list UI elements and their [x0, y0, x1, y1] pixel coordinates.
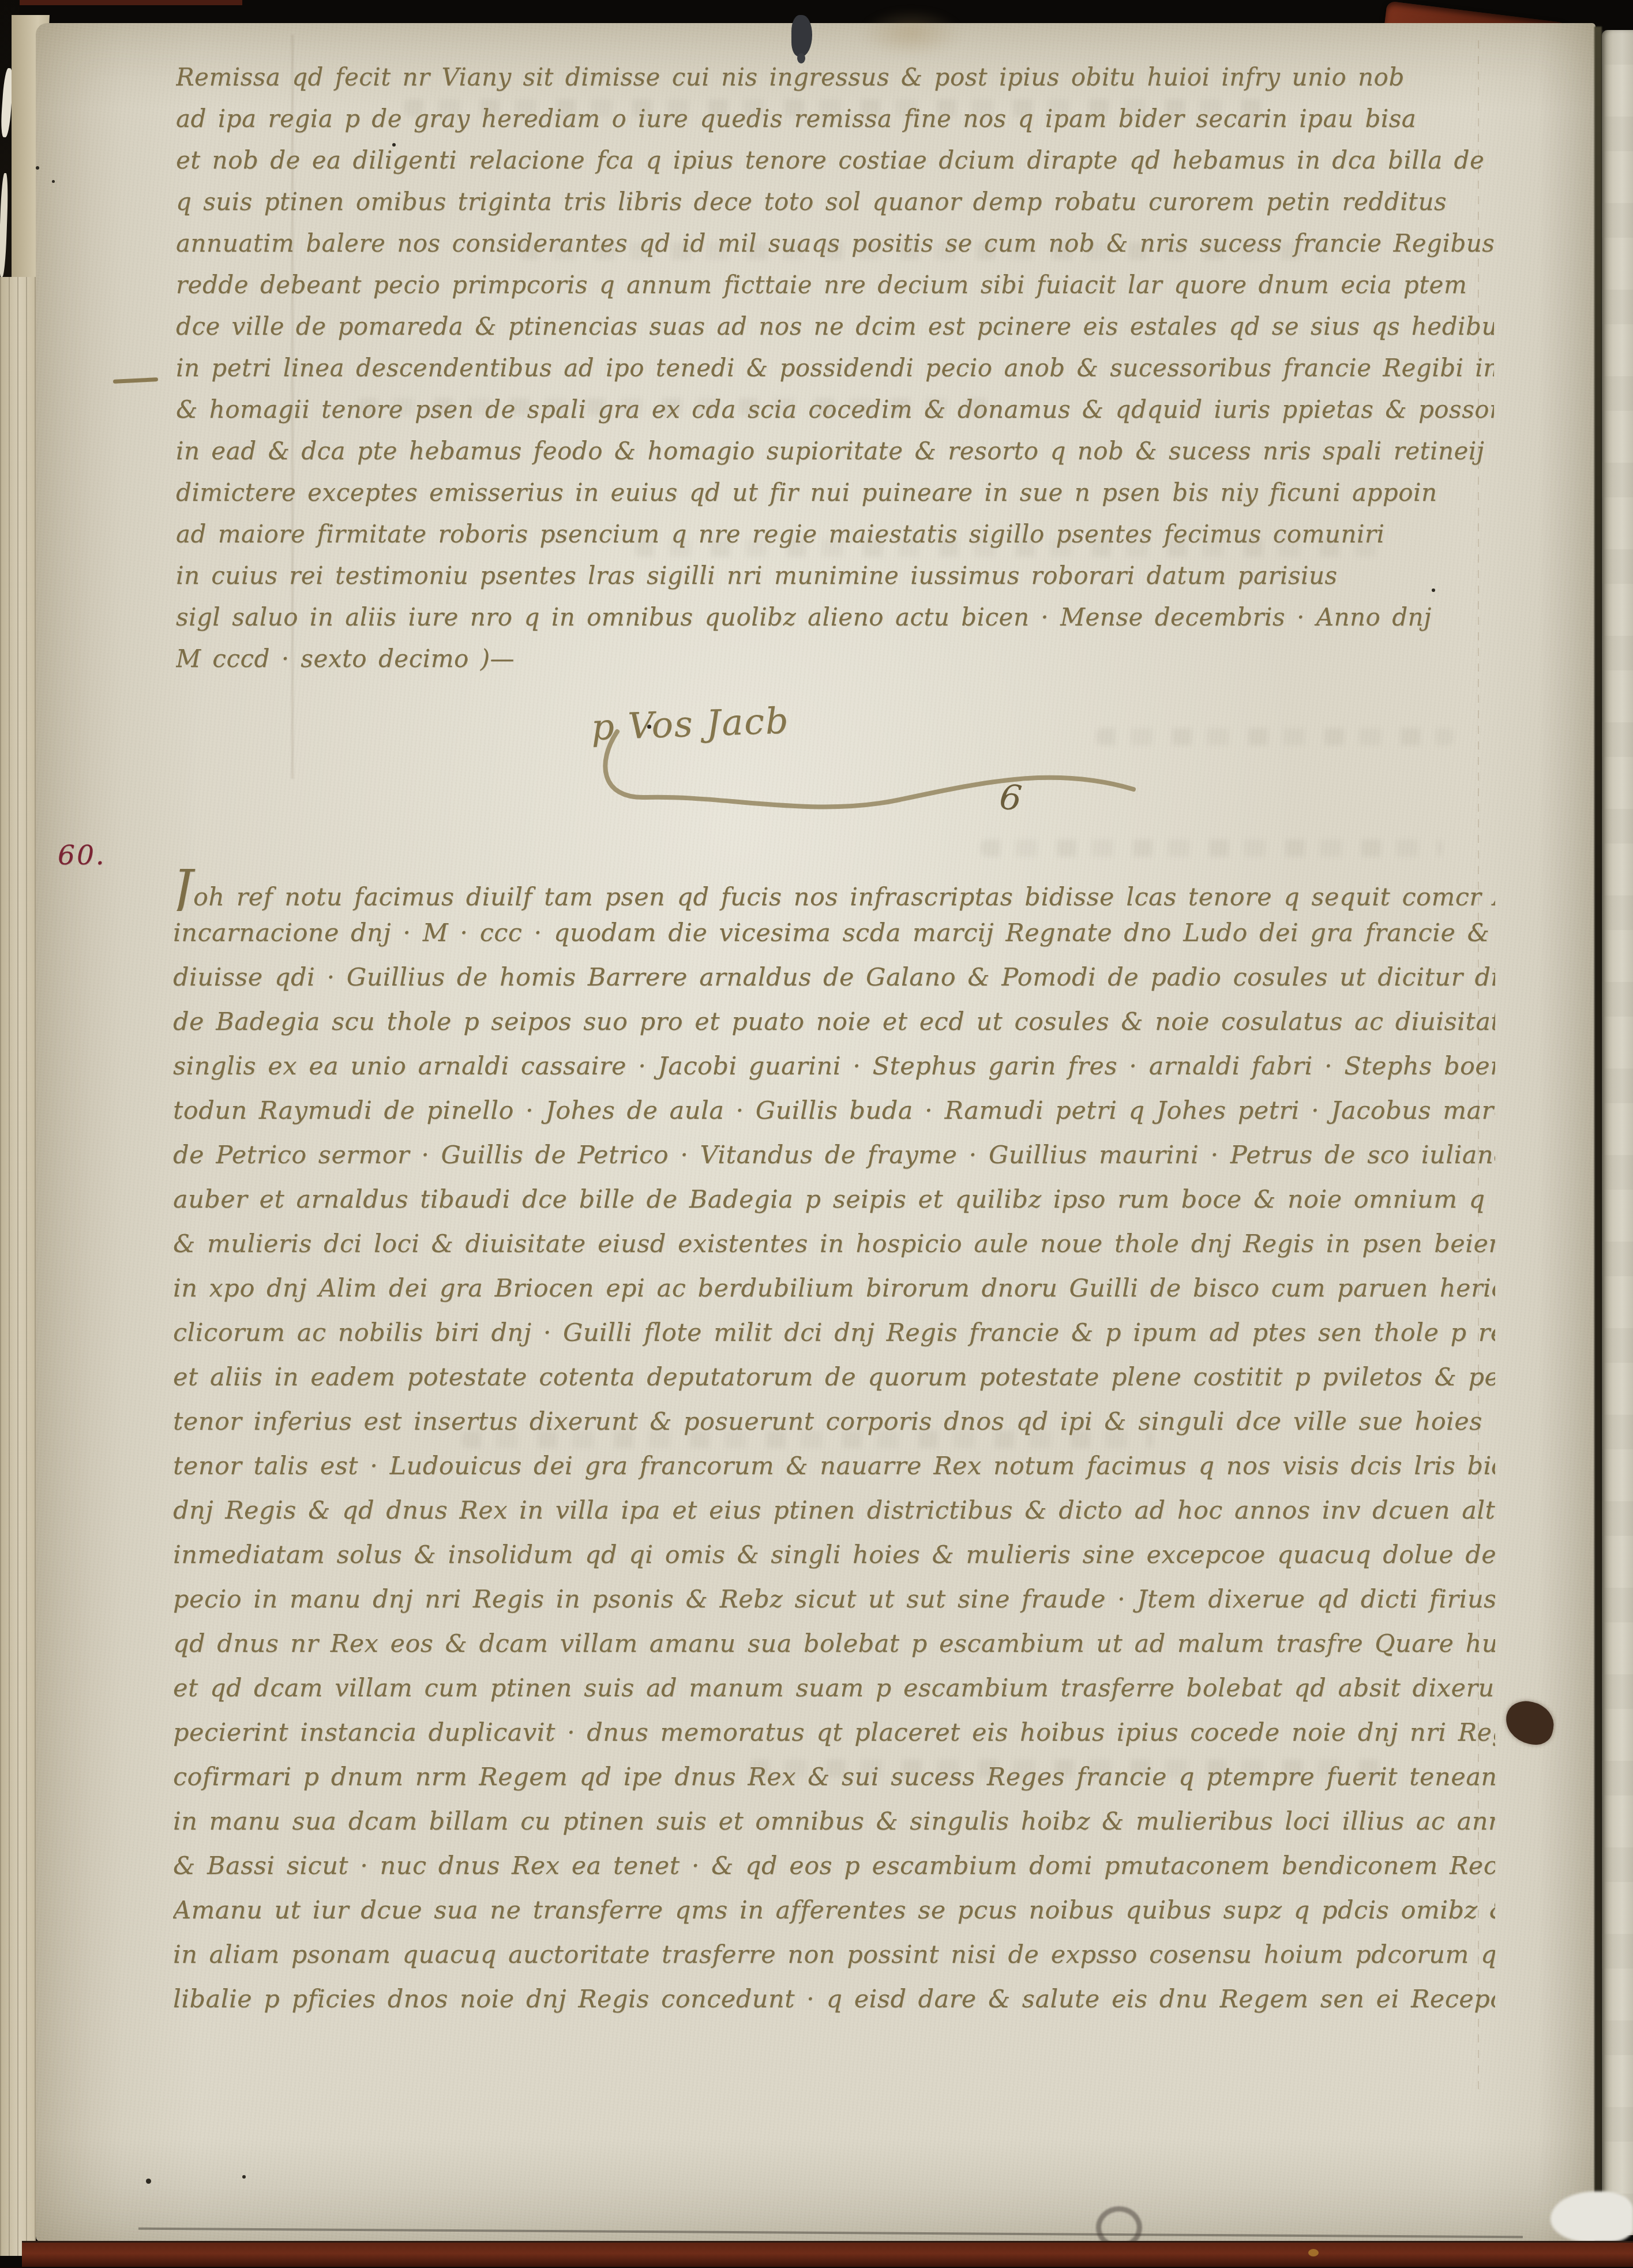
leather-cover-bottom: [22, 2241, 1633, 2267]
adjacent-folio-edge: [1602, 30, 1633, 2235]
manuscript-line: M cccd · sexto decimo )—: [176, 638, 1494, 680]
manuscript-line: ad maiore firmitate roboris psencium q n…: [176, 513, 1494, 555]
manuscript-line: sigl saluo in aliis iure nro q in omnibu…: [176, 597, 1494, 638]
speck: [1432, 588, 1435, 592]
manuscript-line: in manu sua dcam billam cu ptinen suis e…: [173, 1800, 1495, 1844]
manuscript-line: in cuius rei testimoniu psentes lras sig…: [176, 555, 1494, 597]
quire-mark: 6: [997, 777, 1023, 819]
manuscript-line: annuatim balere nos considerantes qd id …: [176, 223, 1494, 264]
stain: [861, 9, 962, 57]
page-stack-edge: [0, 277, 36, 2256]
chancery-signature: p Vos Jacb: [591, 699, 790, 748]
speck: [647, 725, 651, 729]
manuscript-line: in petri linea descendentibus ad ipo ten…: [176, 347, 1494, 389]
text-block-2: Joh ref notu facimus diuilf tam psen qd …: [173, 867, 1495, 2022]
manuscript-line: qd dnus nr Rex eos & dcam villam amanu s…: [173, 1622, 1495, 1666]
manuscript-line: in aliam psonam quacuq auctoritate trasf…: [173, 1933, 1495, 1977]
manuscript-line: de Badegia scu thole p seipos suo pro et…: [173, 1000, 1495, 1044]
manuscript-line: Remissa qd fecit nr Viany sit dimisse cu…: [176, 57, 1494, 98]
speck: [392, 143, 396, 147]
manuscript-line: libalie p pficies dnos noie dnj Regis co…: [173, 1977, 1495, 2022]
manuscript-line: todun Raymudi de pinello · Johes de aula…: [173, 1089, 1495, 1133]
speck: [146, 2179, 151, 2184]
manuscript-line: incarnacione dnj · M · ccc · quodam die …: [173, 911, 1495, 955]
manuscript-line: pecio in manu dnj nri Regis in psonis & …: [173, 1577, 1495, 1622]
manuscript-line: & Bassi sicut · nuc dnus Rex ea tenet · …: [173, 1844, 1495, 1888]
manuscript-line: Amanu ut iur dcue sua ne transferre qms …: [173, 1888, 1495, 1933]
manuscript-line: tenor inferius est insertus dixerunt & p…: [173, 1400, 1495, 1444]
manuscript-line: cofirmari p dnum nrm Regem qd ipe dnus R…: [173, 1755, 1495, 1800]
gutter-crease: [1594, 27, 1602, 2241]
manuscript-line: et qd dcam villam cum ptinen suis ad man…: [173, 1666, 1495, 1711]
manuscript-line: dnj Regis & qd dnus Rex in villa ipa et …: [173, 1489, 1495, 1533]
book-cover-top-edge: [0, 0, 242, 5]
manuscript-line: tenor talis est · Ludouicus dei gra fran…: [173, 1444, 1495, 1489]
manuscript-line: inmediatam solus & insolidum qd qi omis …: [173, 1533, 1495, 1577]
manuscript-line: dce ville de pomareda & ptinencias suas …: [176, 306, 1494, 347]
speck: [52, 180, 55, 183]
leather-speck: [1308, 2249, 1319, 2256]
manuscript-line: dimictere exceptes emisserius in euius q…: [176, 472, 1494, 513]
manuscript-line: de Petrico sermor · Guillis de Petrico ·…: [173, 1133, 1495, 1178]
manuscript-line: singlis ex ea unio arnaldi cassaire · Ja…: [173, 1044, 1495, 1089]
manuscript-line: redde debeant pecio primpcoris q annum f…: [176, 264, 1494, 306]
manuscript-line: in ead & dca pte hebamus feodo & homagio…: [176, 430, 1494, 472]
manuscript-photo: Remissa qd fecit nr Viany sit dimisse cu…: [0, 0, 1633, 2268]
manuscript-line: pecierint instancia duplicavit · dnus me…: [173, 1711, 1495, 1755]
manuscript-line: clicorum ac nobilis biri dnj · Guilli fl…: [173, 1311, 1495, 1355]
manuscript-line: ad ipa regia p de gray herediam o iure q…: [176, 98, 1494, 140]
manuscript-line: et nob de ea diligenti relacione fca q i…: [176, 140, 1494, 181]
manuscript-line: Joh ref notu facimus diuilf tam psen qd …: [173, 867, 1495, 911]
speck: [242, 2175, 246, 2179]
manuscript-line: q suis ptinen omibus triginta tris libri…: [176, 181, 1494, 223]
folio-number-rubric: 60.: [58, 839, 106, 871]
text-block-1: Remissa qd fecit nr Viany sit dimisse cu…: [176, 57, 1494, 680]
manuscript-line: auber et arnaldus tibaudi dce bille de B…: [173, 1178, 1495, 1222]
manuscript-line: et aliis in eadem potestate cotenta depu…: [173, 1355, 1495, 1400]
manuscript-line: & homagii tenore psen de spali gra ex cd…: [176, 389, 1494, 430]
manuscript-line: diuisse qdi · Guillius de homis Barrere …: [173, 955, 1495, 1000]
speck: [36, 166, 39, 170]
manuscript-line: in xpo dnj Alim dei gra Briocen epi ac b…: [173, 1266, 1495, 1311]
manuscript-line: & mulieris dci loci & diuisitate eiusd e…: [173, 1222, 1495, 1266]
